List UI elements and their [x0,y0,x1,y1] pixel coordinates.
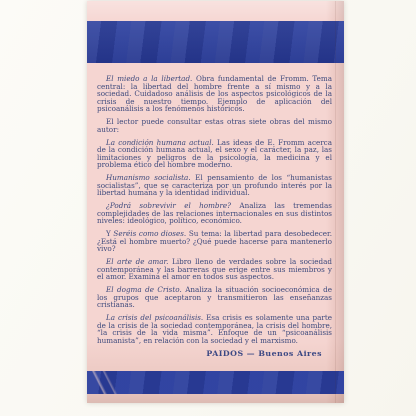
blurb-paragraph: Humanismo socialista. El pensamiento de … [97,174,332,197]
top-blue-band [87,21,344,63]
blurb-paragraph: El miedo a la libertad. Obra fundamental… [97,75,332,113]
publisher-imprint: PAIDOS — Buenos Aires [97,349,332,358]
blurb-text-block: El miedo a la libertad. Obra fundamental… [97,75,332,350]
blurb-paragraph: La crisis del psicoanálisis. Esa crisis … [97,314,332,344]
blurb-paragraph: Y Seréis como dioses. Su tema: la libert… [97,230,332,253]
blurb-paragraph: El dogma de Cristo. Analiza la situación… [97,286,332,309]
blurb-paragraph: El lector puede consultar estas otras si… [97,118,332,133]
blurb-paragraph: La condición humana actual. Las ideas de… [97,139,332,169]
blurb-paragraph: El arte de amar. Libro lleno de verdades… [97,258,332,281]
blurb-paragraph: ¿Podrá sobrevivir el hombre? Analiza las… [97,202,332,225]
photo-background: El miedo a la libertad. Obra fundamental… [0,0,416,416]
cover-crease-line [335,1,336,403]
blurb-body: El lector puede consultar estas otras si… [97,117,332,134]
bottom-blue-band [87,371,344,394]
book-back-cover: El miedo a la libertad. Obra fundamental… [87,1,344,403]
